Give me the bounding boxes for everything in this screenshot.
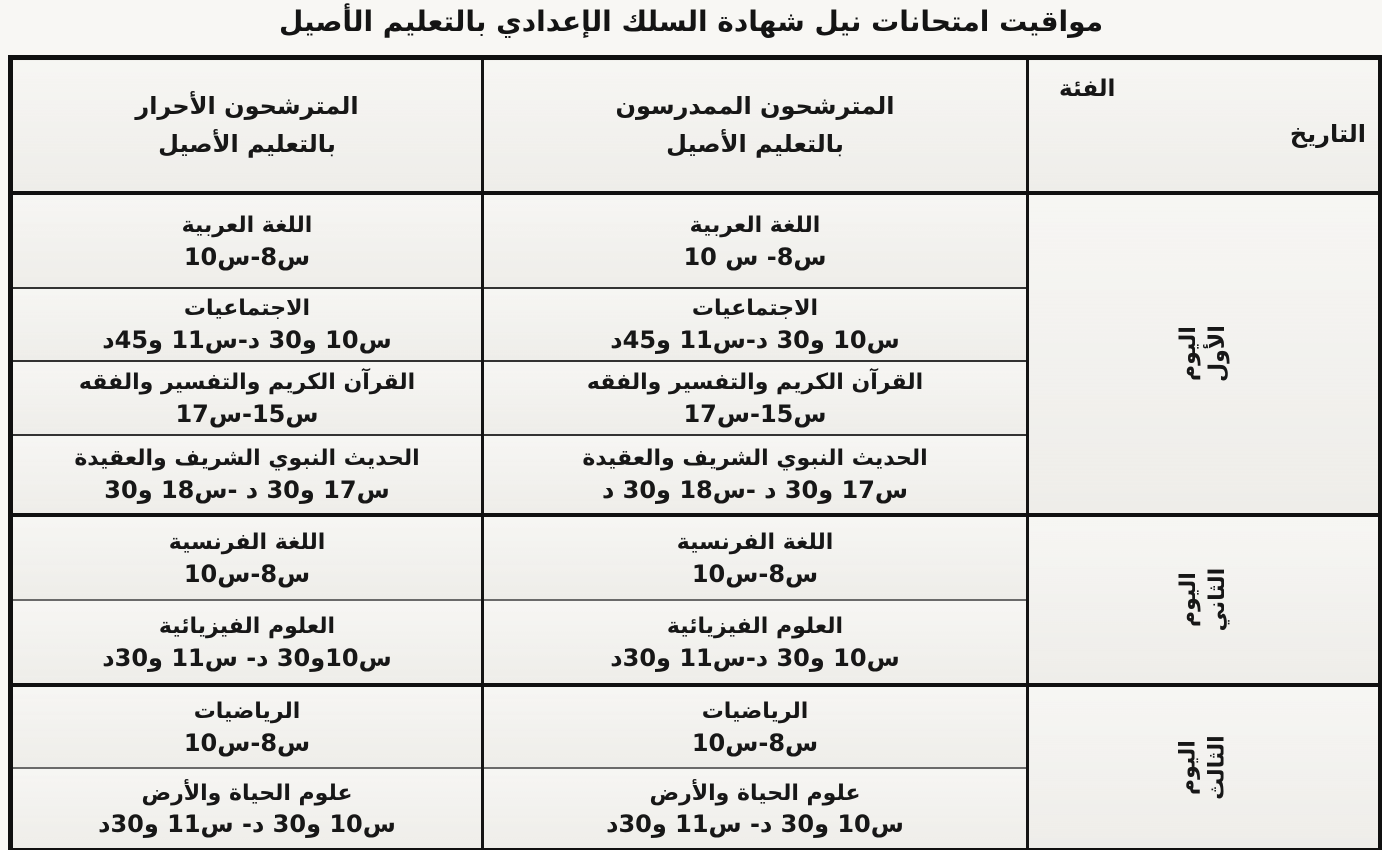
table-header-row: الفئة التاريخ المترشحون الممدرسون بالتعل…: [11, 58, 1381, 193]
subject-name: الرياضيات: [19, 693, 475, 727]
enrolled-exam-cell: علوم الحياة والأرض س10 و30 د- س11 و30د: [483, 768, 1028, 850]
enrolled-exam-cell: الرياضيات س8-س10: [483, 685, 1028, 768]
enrolled-candidates-header: المترشحون الممدرسون بالتعليم الأصيل: [483, 58, 1028, 193]
free-header-line2: بالتعليم الأصيل: [19, 125, 475, 163]
subject-name: اللغة الفرنسية: [490, 524, 1020, 558]
exam-time: س10 و30 د-س11 و45د: [490, 324, 1020, 358]
table-row: اليوم الثاني اللغة الفرنسية س8-س10 اللغة…: [11, 515, 1381, 600]
exam-time: س8-س10: [19, 727, 475, 761]
exam-time: س10 و30 د-س11 و45د: [19, 324, 475, 358]
free-exam-cell: الاجتماعيات س10 و30 د-س11 و45د: [11, 288, 483, 361]
day-2-cell: اليوم الثاني: [1028, 515, 1381, 685]
exam-time: س10 و30 د- س11 و30د: [19, 808, 475, 842]
subject-name: القرآن الكريم والتفسير والفقه: [490, 364, 1020, 398]
enrolled-exam-cell: العلوم الفيزيائية س10 و30 د-س11 و30د: [483, 600, 1028, 685]
free-candidates-header: المترشحون الأحرار بالتعليم الأصيل: [11, 58, 483, 193]
free-exam-cell: الرياضيات س8-س10: [11, 685, 483, 768]
free-exam-cell: علوم الحياة والأرض س10 و30 د- س11 و30د: [11, 768, 483, 850]
exam-schedule-table: الفئة التاريخ المترشحون الممدرسون بالتعل…: [8, 55, 1382, 850]
enrolled-exam-cell: اللغة الفرنسية س8-س10: [483, 515, 1028, 600]
document-title: مواقيت امتحانات نيل شهادة السلك الإعدادي…: [0, 0, 1382, 38]
exam-time: س10 و30 د-س11 و30د: [490, 642, 1020, 676]
subject-name: اللغة العربية: [19, 207, 475, 241]
enrolled-exam-cell: الحديث النبوي الشريف والعقيدة س17 و30 د …: [483, 435, 1028, 515]
exam-time: س10 و30 د- س11 و30د: [490, 808, 1020, 842]
exam-time: س17 و30 د -س18 و30 د: [490, 474, 1020, 508]
corner-header-cell: الفئة التاريخ: [1028, 58, 1381, 193]
exam-time: س8-س10: [19, 558, 475, 592]
exam-time: س10و30 د- س11 و30د: [19, 642, 475, 676]
subject-name: الحديث النبوي الشريف والعقيدة: [19, 440, 475, 474]
subject-name: الاجتماعيات: [490, 290, 1020, 324]
exam-time: س8- س 10: [490, 241, 1020, 275]
day-1-label: اليوم الأول: [1175, 325, 1232, 382]
exam-time: س8-س10: [19, 241, 475, 275]
category-header-label: الفئة: [1059, 76, 1115, 102]
subject-name: الاجتماعيات: [19, 290, 475, 324]
enrolled-exam-cell: الاجتماعيات س10 و30 د-س11 و45د: [483, 288, 1028, 361]
exam-time: س15-س17: [19, 398, 475, 432]
exam-time: س8-س10: [490, 727, 1020, 761]
free-exam-cell: العلوم الفيزيائية س10و30 د- س11 و30د: [11, 600, 483, 685]
day-3-label: اليوم الثالث: [1175, 735, 1232, 800]
free-exam-cell: اللغة العربية س8-س10: [11, 193, 483, 288]
free-exam-cell: اللغة الفرنسية س8-س10: [11, 515, 483, 600]
enrolled-exam-cell: اللغة العربية س8- س 10: [483, 193, 1028, 288]
free-header-line1: المترشحون الأحرار: [19, 87, 475, 125]
subject-name: اللغة الفرنسية: [19, 524, 475, 558]
enrolled-exam-cell: القرآن الكريم والتفسير والفقه س15-س17: [483, 361, 1028, 435]
day-1-cell: اليوم الأول: [1028, 193, 1381, 515]
subject-name: العلوم الفيزيائية: [19, 608, 475, 642]
subject-name: الحديث النبوي الشريف والعقيدة: [490, 440, 1020, 474]
exam-time: س8-س10: [490, 558, 1020, 592]
free-exam-cell: القرآن الكريم والتفسير والفقه س15-س17: [11, 361, 483, 435]
enrolled-header-line2: بالتعليم الأصيل: [490, 125, 1020, 163]
subject-name: علوم الحياة والأرض: [490, 775, 1020, 809]
subject-name: اللغة العربية: [490, 207, 1020, 241]
date-header-label: التاريخ: [1290, 120, 1366, 148]
scanned-document-page: مواقيت امتحانات نيل شهادة السلك الإعدادي…: [0, 0, 1382, 850]
exam-time: س15-س17: [490, 398, 1020, 432]
day-2-label: اليوم الثاني: [1175, 568, 1232, 632]
table-row: اليوم الثالث الرياضيات س8-س10 الرياضيات …: [11, 685, 1381, 768]
exam-time: س17 و30 د -س18 و30: [19, 474, 475, 508]
day-3-cell: اليوم الثالث: [1028, 685, 1381, 850]
subject-name: العلوم الفيزيائية: [490, 608, 1020, 642]
subject-name: علوم الحياة والأرض: [19, 775, 475, 809]
enrolled-header-line1: المترشحون الممدرسون: [490, 87, 1020, 125]
subject-name: القرآن الكريم والتفسير والفقه: [19, 364, 475, 398]
subject-name: الرياضيات: [490, 693, 1020, 727]
free-exam-cell: الحديث النبوي الشريف والعقيدة س17 و30 د …: [11, 435, 483, 515]
table-row: اليوم الأول اللغة العربية س8- س 10 اللغة…: [11, 193, 1381, 288]
